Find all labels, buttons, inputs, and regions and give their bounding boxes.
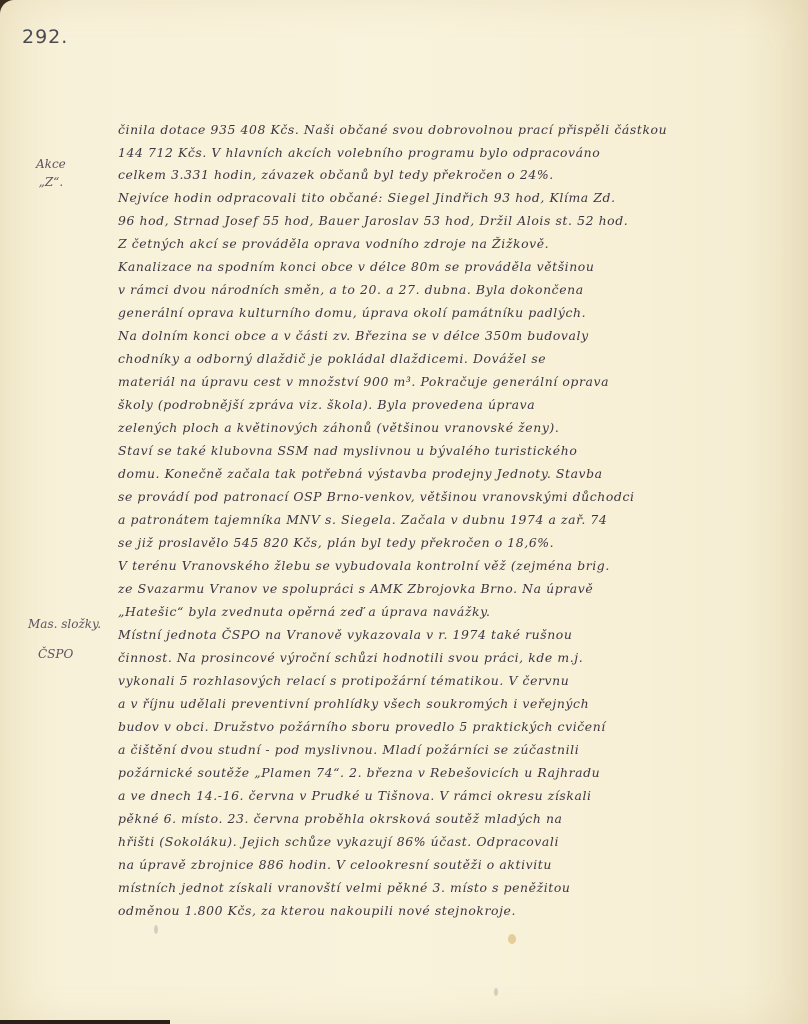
text-line: pěkné 6. místo. 23. června proběhla okrs… (118, 811, 563, 826)
text-line: v rámci dvou národních směn, a to 20. a … (118, 282, 584, 297)
paper-spot (508, 934, 516, 944)
text-line: a v říjnu udělali preventivní prohlídky … (118, 696, 589, 711)
margin-note-line: Mas. složky. (28, 615, 101, 633)
text-line: 144 712 Kčs. V hlavních akcích volebního… (118, 145, 600, 160)
text-line: na úpravě zbrojnice 886 hodin. V celookr… (118, 857, 552, 872)
margin-note-line: ČSPO (38, 645, 73, 663)
text-line: činnost. Na prosincové výroční schůzi ho… (118, 650, 583, 665)
text-line: budov v obci. Družstvo požárního sboru p… (118, 719, 606, 734)
text-line: hřišti (Sokoláku). Jejich schůze vykazuj… (118, 834, 559, 849)
text-line: Místní jednota ČSPO na Vranově vykazoval… (118, 627, 572, 642)
text-line: se již proslavělo 545 820 Kčs, plán byl … (118, 535, 554, 550)
text-line: generální oprava kulturního domu, úprava… (118, 305, 586, 320)
text-line: Nejvíce hodin odpracovali tito občané: S… (118, 190, 616, 205)
text-line: domu. Konečně začala tak potřebná výstav… (118, 466, 603, 481)
margin-note-line: Akce (36, 155, 66, 173)
text-line: se provádí pod patronací OSP Brno-venkov… (118, 489, 635, 504)
text-line: „Hatešic“ byla zvednuta opěrná zeď a úpr… (118, 604, 491, 619)
text-line: materiál na úpravu cest v množství 900 m… (118, 374, 609, 389)
text-line: Na dolním konci obce a v části zv. Březi… (118, 328, 589, 343)
text-line: místních jednot získali vranovští velmi … (118, 880, 570, 895)
text-line: a patronátem tajemníka MNV s. Siegela. Z… (118, 512, 607, 527)
text-line: požárnické soutěže „Plamen 74“. 2. březn… (118, 765, 600, 780)
text-line: zelených ploch a květinových záhonů (vět… (118, 420, 559, 435)
text-line: Kanalizace na spodním konci obce v délce… (118, 259, 594, 274)
text-line: činila dotace 935 408 Kčs. Naši občané s… (118, 122, 667, 137)
text-line: chodníky a odborný dlaždič je pokládal d… (118, 351, 546, 366)
text-line: odměnou 1.800 Kčs, za kterou nakoupili n… (118, 903, 516, 918)
text-line: Staví se také klubovna SSM nad myslivnou… (118, 443, 577, 458)
page-edge-shadow (0, 1020, 170, 1024)
text-line: školy (podrobnější zpráva viz. škola). B… (118, 397, 535, 412)
text-line: vykonali 5 rozhlasových relací s protipo… (118, 673, 569, 688)
text-line: a čištění dvou studní - pod myslivnou. M… (118, 742, 579, 757)
text-line: Z četných akcí se prováděla oprava vodní… (118, 236, 549, 251)
paper-spot (494, 988, 498, 996)
text-line: V terénu Vranovského žlebu se vybudovala… (118, 558, 610, 573)
text-line: ze Svazarmu Vranov ve spolupráci s AMK Z… (118, 581, 593, 596)
margin-note-cspo: ČSPO (38, 645, 73, 663)
paper-spot (154, 925, 158, 934)
handwritten-chronicle-page: 292. Akce „Z“. Mas. složky. ČSPO činila … (0, 0, 808, 1024)
text-line: a ve dnech 14.-16. června v Prudké u Tiš… (118, 788, 592, 803)
margin-note-akce-z: Akce „Z“. (36, 155, 66, 191)
margin-note-line: „Z“. (36, 173, 66, 191)
margin-note-mas-slozky: Mas. složky. (28, 615, 101, 633)
text-line: celkem 3.331 hodin, závazek občanů byl t… (118, 167, 554, 182)
text-line: 96 hod, Strnad Josef 55 hod, Bauer Jaros… (118, 213, 628, 228)
page-number: 292. (22, 26, 68, 48)
